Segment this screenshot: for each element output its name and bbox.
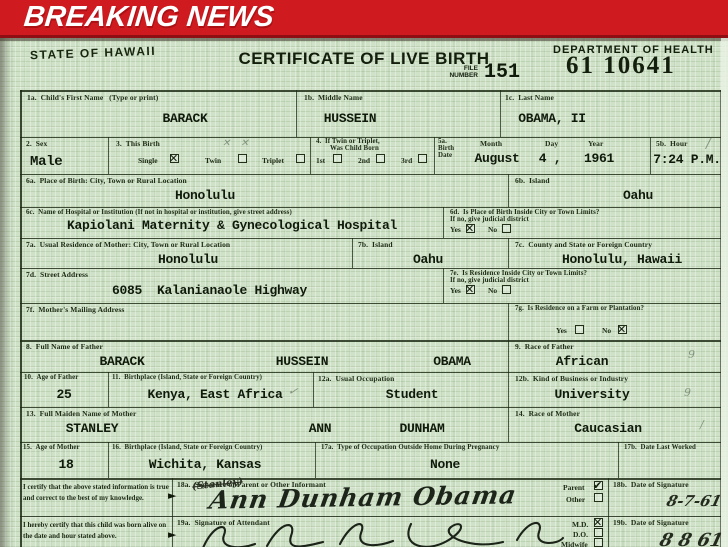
paper-left-edge: [0, 38, 12, 547]
checkbox-1st: [333, 154, 342, 163]
checkbox-label-triplet: Triplet: [262, 157, 284, 165]
field-value-mother-last: DUNHAM: [399, 422, 444, 435]
cell-divider: [508, 372, 509, 407]
field-label-1c: 1c. Last Name: [505, 93, 554, 102]
field-value-month: August: [474, 152, 519, 165]
checkbox-label-other: Other: [566, 496, 585, 504]
field-value-mother-middle: ANN: [309, 422, 332, 435]
pen-mark: ✓: [287, 383, 300, 399]
checkbox-do: [594, 528, 603, 537]
grid-line: [20, 238, 721, 239]
field-label-2: 2. Sex: [26, 139, 47, 148]
field-value-hour: 7:24 P.M.: [653, 153, 721, 166]
checkbox-label-yes: Yes: [450, 287, 461, 295]
field-label-6d-line2: If no, give judicial district: [450, 216, 529, 224]
cell-divider: [315, 442, 316, 478]
certificate-number: 61 10641: [566, 52, 676, 80]
field-value-day: 4 ,: [539, 152, 562, 165]
checkbox-label-parent: Parent: [563, 484, 585, 492]
field-label-8: 8. Full Name of Father: [26, 342, 103, 351]
arrow-icon: ►: [168, 490, 176, 501]
cell-divider: [608, 478, 609, 547]
checkbox-6d-no: [502, 224, 511, 233]
field-label-1b: 1b. Middle Name: [304, 93, 363, 102]
paper-right-edge: [721, 38, 728, 547]
field-label-7e-line2: If no, give judicial district: [450, 277, 529, 285]
column-label-day: Day: [545, 139, 558, 148]
field-label-16: 16. Birthplace (Island, State or Foreign…: [112, 444, 262, 452]
grid-line: [20, 174, 721, 175]
field-value-mother-birthplace: Wichita, Kansas: [149, 458, 262, 471]
grid-line: [20, 207, 721, 208]
cell-divider: [434, 137, 435, 174]
file-number: 151: [484, 61, 520, 84]
check-mark: ✔: [593, 480, 602, 491]
field-label-18b: 18b. Date of Signature: [613, 480, 689, 489]
checkbox-label-md: M.D.: [572, 521, 588, 529]
cell-divider: [508, 238, 509, 268]
grid-line: [20, 407, 721, 408]
checkbox-6d-yes: ✕: [466, 224, 475, 233]
field-value-father-birthplace: Kenya, East Africa: [147, 388, 282, 401]
checkbox-label-yes: Yes: [556, 327, 567, 335]
field-label-11: 11. Birthplace (Island, State or Foreign…: [112, 374, 262, 382]
checkbox-2nd: [376, 154, 385, 163]
field-value-father-last: OBAMA: [433, 355, 471, 368]
checkbox-label-no: No: [602, 327, 611, 335]
checkbox-triplet: [296, 154, 305, 163]
field-label-4-line2: Was Child Born: [330, 145, 379, 153]
checkbox-label-no: No: [488, 226, 497, 234]
pen-mark: 9: [684, 386, 691, 399]
field-label-12b: 12b. Kind of Business or Industry: [515, 374, 628, 383]
checkbox-label-midwife: Midwife: [561, 541, 588, 547]
grid-line: [20, 303, 721, 304]
field-label-10: 10. Age of Father: [24, 374, 78, 382]
grid-line: [20, 372, 721, 373]
field-value-birth-island: Oahu: [623, 189, 653, 202]
field-label-7f: 7f. Mother's Mailing Address: [26, 305, 124, 314]
certify-statement-parent: I certify that the above stated informat…: [23, 482, 171, 503]
field-value-sex: Male: [30, 155, 62, 169]
checkbox-md: ✕: [594, 518, 603, 527]
cell-divider: [108, 137, 109, 174]
checkbox-label-twin: Twin: [205, 157, 221, 165]
arrow-icon: ►: [168, 529, 176, 540]
checkbox-single: ✕: [170, 154, 179, 163]
field-label-17b: 17b. Date Last Worked: [624, 444, 696, 452]
checkbox-twin: [238, 154, 247, 163]
field-value-father-middle: HUSSEIN: [276, 355, 329, 368]
paper-top-edge: [0, 38, 728, 41]
form-left-border: [20, 90, 22, 547]
checkbox-label-1st: 1st: [316, 157, 325, 165]
field-label-15: 15. Age of Mother: [23, 444, 80, 452]
cell-divider: [310, 137, 311, 174]
grid-line: [20, 442, 721, 443]
field-label-1a: 1a. Child's First Name (Type or print): [27, 93, 158, 102]
x-mark: ✕: [465, 223, 474, 234]
field-value-residence-city: Honolulu: [158, 253, 218, 266]
certificate: STATE OF HAWAII CERTIFICATE OF LIVE BIRT…: [0, 38, 728, 547]
checkbox-other: [594, 493, 603, 502]
field-value-father-occupation: Student: [386, 388, 439, 401]
field-label-7b: 7b. Island: [358, 240, 393, 249]
checkbox-parent: ✔: [594, 481, 603, 490]
cell-divider: [443, 268, 444, 303]
field-value-father-industry: University: [554, 388, 629, 401]
field-label-7c: 7c. County and State or Foreign Country: [515, 240, 652, 249]
field-value-middle-name: HUSSEIN: [324, 112, 377, 125]
field-label-9: 9. Race of Father: [515, 342, 574, 351]
pen-mark: 9: [688, 348, 695, 361]
checkbox-label-2nd: 2nd: [358, 157, 370, 165]
cell-divider: [296, 90, 297, 137]
field-value-mother-first: STANLEY: [66, 422, 119, 435]
breaking-news-banner: BREAKING NEWS: [0, 0, 728, 38]
cell-divider: [508, 303, 509, 340]
state-of-hawaii-label: STATE OF HAWAII: [30, 44, 156, 62]
field-value-year: 1961: [584, 152, 614, 165]
x-mark: ✕: [617, 324, 626, 335]
x-mark: ✕: [593, 517, 602, 528]
column-label-year: Year: [588, 139, 603, 148]
field-label-6b: 6b. Island: [515, 176, 550, 185]
cell-divider: [508, 407, 509, 442]
cell-divider: [508, 174, 509, 207]
x-mark: ✕: [169, 153, 178, 164]
pen-mark: ✕ ✕: [222, 138, 249, 149]
certify-statement-attendant: I hereby certify that this child was bor…: [23, 520, 171, 541]
checkbox-7e-no: [502, 285, 511, 294]
screenshot-root: BREAKING NEWS STATE OF HAWAII CERTIFICAT…: [0, 0, 728, 547]
grid-line: [20, 340, 721, 342]
cell-divider: [352, 238, 353, 268]
field-label-7a: 7a. Usual Residence of Mother: City, Tow…: [26, 240, 230, 249]
grid-line: [20, 90, 721, 92]
grid-line: [20, 516, 721, 517]
checkbox-label-yes: Yes: [450, 226, 461, 234]
field-value-pregnancy-occupation: None: [430, 458, 460, 471]
cell-divider: [108, 372, 109, 407]
cell-divider: [618, 442, 619, 478]
cell-divider: [500, 90, 501, 137]
checkbox-label-do: D.O.: [573, 531, 588, 539]
field-label-3: 3. This Birth: [116, 139, 160, 148]
field-label-14: 14. Race of Mother: [515, 409, 580, 418]
field-label-6a: 6a. Place of Birth: City, Town or Rural …: [26, 176, 187, 185]
field-value-father-race: African: [556, 355, 609, 368]
checkbox-label-3rd: 3rd: [401, 157, 412, 165]
field-value-father-first: BARACK: [99, 355, 144, 368]
cell-divider: [650, 137, 651, 174]
parent-signature: Ann Dunham Obama: [207, 480, 519, 514]
checkbox-7g-yes: [575, 325, 584, 334]
field-label-5b: 5b. Hour: [656, 139, 688, 148]
attendant-signature-scribble: [195, 520, 565, 547]
cell-divider: [443, 207, 444, 238]
breaking-news-text: BREAKING NEWS: [22, 1, 275, 34]
checkbox-label-single: Single: [138, 157, 158, 165]
cell-divider: [508, 340, 509, 372]
field-value-father-age: 25: [56, 388, 71, 401]
date-of-signature-attendant: 8 8 61: [657, 530, 725, 547]
field-label-7d: 7d. Street Address: [26, 270, 88, 279]
checkbox-label-no: No: [488, 287, 497, 295]
field-value-last-name: OBAMA, II: [518, 112, 586, 125]
field-label-7g: 7g. Is Residence on a Farm or Plantation…: [515, 305, 644, 313]
field-value-mother-race: Caucasian: [574, 422, 642, 435]
column-label-month: Month: [480, 139, 502, 148]
pen-mark: /: [706, 136, 711, 152]
checkbox-midwife: [594, 538, 603, 547]
field-value-residence-island: Oahu: [413, 253, 443, 266]
field-label-19b: 19b. Date of Signature: [613, 518, 689, 527]
field-label-17a: 17a. Type of Occupation Outside Home Dur…: [321, 444, 499, 452]
cell-divider: [313, 372, 314, 407]
pen-mark: /: [700, 418, 704, 431]
field-value-birth-city: Honolulu: [175, 189, 235, 202]
field-value-hospital: Kapiolani Maternity & Gynecological Hosp…: [67, 219, 397, 232]
field-label-13: 13. Full Maiden Name of Mother: [26, 409, 136, 418]
field-value-first-name: BARACK: [162, 112, 207, 125]
cell-divider: [108, 442, 109, 478]
field-value-street: 6085 Kalanianaole Highway: [112, 284, 307, 297]
field-value-county: Honolulu, Hawaii: [562, 253, 682, 266]
checkbox-7e-yes: ✕: [466, 285, 475, 294]
grid-line: [20, 268, 721, 269]
field-label-6c: 6c. Name of Hospital or Institution (If …: [26, 209, 292, 217]
checkbox-7g-no: ✕: [618, 325, 627, 334]
field-label-5a-date: Date: [438, 152, 452, 160]
field-value-mother-age: 18: [58, 458, 73, 471]
file-label-line2: NUMBER: [440, 72, 478, 79]
x-mark: ✕: [465, 284, 474, 295]
field-label-12a: 12a. Usual Occupation: [318, 374, 394, 383]
date-of-signature-parent: 8-7-61: [665, 492, 724, 510]
checkbox-3rd: [418, 154, 427, 163]
